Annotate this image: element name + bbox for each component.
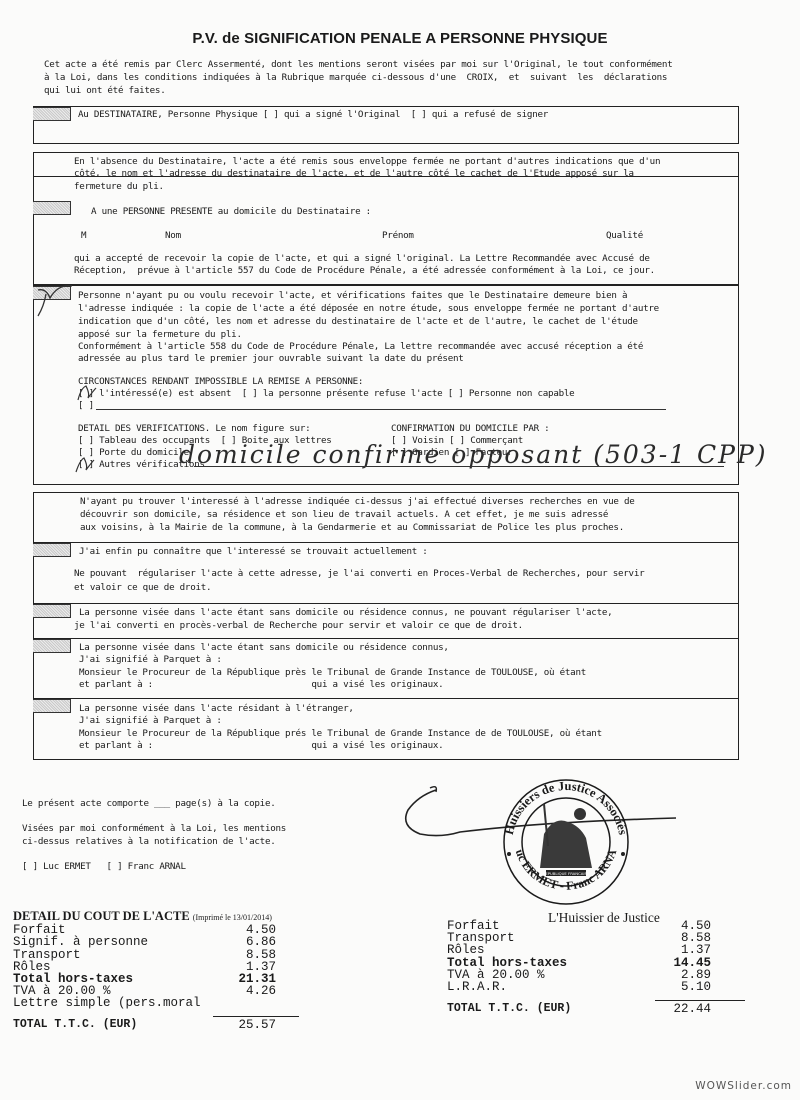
- depot-line: indication que d'un côté, les nom et adr…: [78, 315, 638, 328]
- section-etranger: La personne visée dans l'acte résidant à…: [33, 698, 739, 760]
- svg-text:REPUBLIQUE FRANCAISE: REPUBLIQUE FRANCAISE: [543, 871, 590, 876]
- handwritten-note: domicile confirme opposant (503-1 CPP): [179, 448, 768, 461]
- trouve-pv-line: et valoir ce que de droit.: [74, 581, 211, 594]
- recherches-line: N'ayant pu trouver l'interessé à l'adres…: [80, 495, 635, 508]
- footer-notes: Le présent acte comporte ___ page(s) à l…: [22, 797, 286, 885]
- document-title: P.V. de SIGNIFICATION PENALE A PERSONNE …: [0, 30, 800, 47]
- accept-line: Réception, prévue à l'article 557 du Cod…: [74, 264, 655, 277]
- cost-value: 8.58: [246, 949, 276, 961]
- cost-label: Lettre simple (pers.moral: [13, 997, 201, 1009]
- total-value: 25.57: [238, 1019, 276, 1031]
- field-qualite-label: Qualité: [606, 229, 643, 242]
- cost-value: 4.26: [246, 985, 276, 997]
- section-checkbox[interactable]: [33, 699, 71, 713]
- cost-value: 5.10: [681, 981, 711, 993]
- section-checkbox[interactable]: [33, 639, 71, 653]
- section-checkbox[interactable]: [33, 201, 71, 215]
- etranger-line: et parlant à : qui a visé les originaux.: [79, 739, 443, 752]
- section-trouve: J'ai enfin pu connaître que l'interessé …: [33, 542, 739, 604]
- section-absence: En l'absence du Destinataire, l'acte a é…: [33, 152, 739, 285]
- cost-title-text: DETAIL DU COUT DE L'ACTE: [13, 909, 190, 923]
- depot-line: Personne n'ayant pu ou voulu recevoir l'…: [78, 289, 627, 302]
- trouve-line: J'ai enfin pu connaître que l'interessé …: [79, 545, 428, 558]
- section-checkbox[interactable]: [33, 543, 71, 557]
- visa-line: ci-dessus relatives à la notification de…: [22, 835, 286, 848]
- circonstances-other[interactable]: [ ]: [78, 399, 94, 412]
- divider: [33, 176, 739, 177]
- intro-line: qui lui ont été faites.: [44, 84, 744, 97]
- recherches-line: découvrir son domicile, sa résidence et …: [80, 508, 608, 521]
- destinataire-text: Au DESTINATAIRE, Personne Physique [ ] q…: [78, 108, 548, 121]
- intro-paragraph: Cet acte a été remis par Clerc Asserment…: [44, 58, 744, 97]
- cost-row: Transport8.58: [13, 949, 276, 961]
- cost-label: Rôles: [447, 944, 485, 956]
- printed-date: (Imprimé le 13/01/2014): [193, 913, 272, 922]
- cost-row: L.R.A.R.5.10: [447, 981, 711, 993]
- handwritten-check-icon: [74, 454, 96, 474]
- total-label: TOTAL T.T.C. (EUR): [13, 1019, 137, 1031]
- cost-row: Lettre simple (pers.moral: [13, 997, 276, 1009]
- parquet-line: J'ai signifié à Parquet à :: [79, 653, 222, 666]
- section-sans-domicile: La personne visée dans l'acte étant sans…: [33, 603, 739, 639]
- sans-domicile-line: La personne visée dans l'acte étant sans…: [79, 606, 612, 619]
- total-value: 22.44: [673, 1003, 711, 1015]
- recherches-line: aux voisins, à la Mairie de la commune, …: [80, 521, 624, 534]
- field-nom-label: Nom: [165, 229, 181, 242]
- total-rule: [655, 1000, 745, 1001]
- section-parquet: La personne visée dans l'acte étant sans…: [33, 638, 739, 699]
- handwritten-strike: [194, 466, 724, 467]
- cost-row: Transport8.58: [447, 932, 711, 944]
- section-checkbox[interactable]: [33, 107, 71, 121]
- intro-line: à la Loi, dans les conditions indiquées …: [44, 71, 744, 84]
- etranger-line: J'ai signifié à Parquet à :: [79, 714, 222, 727]
- depot-line: l'adresse indiquée : la copie de l'acte …: [78, 302, 659, 315]
- cost-title: DETAIL DU COUT DE L'ACTE (Imprimé le 13/…: [13, 910, 276, 924]
- depot-line: adressée au plus tard le premier jour ou…: [78, 352, 464, 365]
- watermark: WOWSlider.com: [695, 1080, 792, 1092]
- parquet-line: et parlant à : qui a visé les originaux.: [79, 678, 443, 691]
- cost-row: Rôles1.37: [447, 944, 711, 956]
- section-destinataire: Au DESTINATAIRE, Personne Physique [ ] q…: [33, 106, 739, 144]
- personne-presente-label: A une PERSONNE PRESENTE au domicile du D…: [91, 205, 371, 218]
- sans-domicile-line: je l'ai converti en procès-verbal de Rec…: [74, 619, 523, 632]
- circonstances-options[interactable]: [ ] l'intéressé(e) est absent [ ] la per…: [78, 387, 574, 400]
- total-row: TOTAL T.T.C. (EUR) 22.44: [447, 1003, 711, 1015]
- cost-value: 1.37: [681, 944, 711, 956]
- section-recherches: N'ayant pu trouver l'interessé à l'adres…: [33, 492, 739, 543]
- total-row: TOTAL T.T.C. (EUR) 25.57: [13, 1019, 276, 1031]
- intro-line: Cet acte a été remis par Clerc Asserment…: [44, 58, 744, 71]
- signatories-checkboxes[interactable]: [ ] Luc ERMET [ ] Franc ARNAL: [22, 860, 286, 873]
- section-depot-etude: Personne n'ayant pu ou voulu recevoir l'…: [33, 285, 739, 485]
- cost-label: Total hors-taxes: [447, 957, 567, 969]
- cost-table-left: DETAIL DU COUT DE L'ACTE (Imprimé le 13/…: [13, 910, 276, 1031]
- trouve-pv-line: Ne pouvant régulariser l'acte à cette ad…: [74, 567, 644, 580]
- pages-line: Le présent acte comporte ___ page(s) à l…: [22, 797, 286, 810]
- cost-row: Total hors-taxes14.45: [447, 957, 711, 969]
- cost-table-right: Forfait4.50Transport8.58Rôles1.37Total h…: [447, 920, 711, 1015]
- cost-label: Signif. à personne: [13, 936, 148, 948]
- cost-value: 14.45: [673, 957, 711, 969]
- cost-label: Transport: [13, 949, 81, 961]
- circonstances-other-line: [96, 409, 666, 410]
- field-prenom-label: Prénom: [382, 229, 414, 242]
- official-seal: Huissiers de Justice Associés Luc ERMET …: [496, 776, 636, 906]
- cost-label: L.R.A.R.: [447, 981, 507, 993]
- absence-line: fermeture du pli.: [74, 180, 164, 193]
- total-label: TOTAL T.T.C. (EUR): [447, 1003, 571, 1015]
- field-m-label: M: [81, 229, 86, 242]
- total-rule: [213, 1016, 299, 1017]
- handwritten-check-icon: [32, 282, 80, 322]
- cost-row: Signif. à personne6.86: [13, 936, 276, 948]
- absence-line: côté, le nom et l'adresse du destinatair…: [74, 167, 634, 180]
- section-checkbox[interactable]: [33, 604, 71, 618]
- cost-value: 6.86: [246, 936, 276, 948]
- visa-line: Visées par moi conformément à la Loi, le…: [22, 822, 286, 835]
